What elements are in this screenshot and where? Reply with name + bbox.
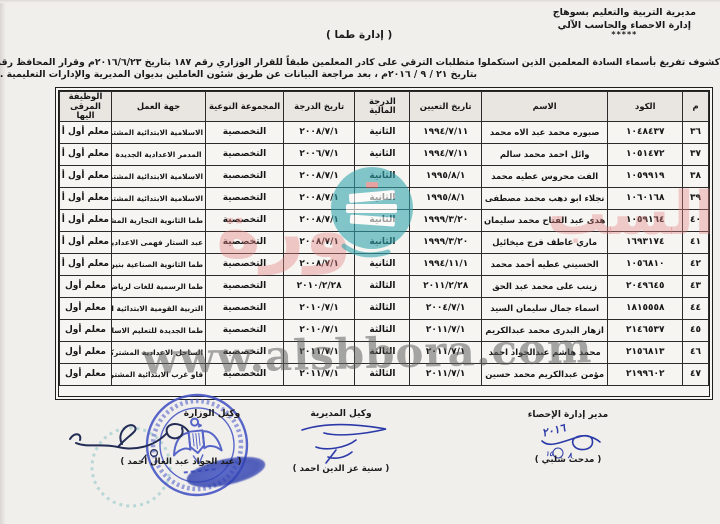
- table-cell: الثانية: [355, 253, 410, 275]
- table-cell: ٢٠٠٨/٧/١: [283, 121, 354, 143]
- table-header-row: مالكودالاسمتاريخ التعيينالدرجة الماليةتا…: [60, 92, 709, 122]
- table-row: ٣٩١٠٦٠١٦٨نجلاء ابو دهب محمد مصطفى١٩٩٥/٨/…: [60, 187, 709, 209]
- table-cell: طما الجديدة للتعليم الاساسي: [111, 319, 205, 341]
- table-cell: ٢٠١١/٧/١: [283, 363, 354, 385]
- table-cell: ١٩٩٤/٧/١١: [410, 143, 481, 165]
- table-cell: ٢٠١١/٢/٢٨: [410, 275, 481, 297]
- table-cell: ٢١٥٦٨١٣: [608, 341, 683, 363]
- scan-edge-shadow-top: [0, 0, 720, 3]
- table-cell: مؤمن عبدالكريم محمد حسين: [481, 363, 608, 385]
- table-cell: ١٩٩٤/٧/١١: [410, 121, 481, 143]
- table-cell: ٢١٤٦٥٣٧: [608, 319, 683, 341]
- table-cell: ١٩٩٤/١١/١: [410, 253, 481, 275]
- signature-name-statistics-director: ( مدحت شلبي ): [498, 455, 638, 465]
- promotion-table: مالكودالاسمتاريخ التعيينالدرجة الماليةتا…: [59, 91, 709, 386]
- table-cell: ٢٠٠٨/٧/١: [283, 253, 354, 275]
- table-cell: معلم أول أ: [60, 143, 112, 165]
- table-cell: ١٠٥١٤٧٢: [608, 143, 683, 165]
- table-cell: ١٠٥٩٩١٩: [608, 165, 683, 187]
- table-cell: ٢٠٠٨/٧/١: [283, 165, 354, 187]
- table-cell: ٢٠٠٦/٧/١: [283, 143, 354, 165]
- table-cell: ٢٠١٠/٧/١: [283, 297, 354, 319]
- table-cell: معلم أول أ: [60, 121, 112, 143]
- table-cell: الاسلامية الابتدائية المشتركة: [111, 165, 205, 187]
- table-cell: ٤٤: [683, 297, 709, 319]
- header-cell: تاريخ الدرجة: [283, 92, 354, 122]
- table-row: ٣٨١٠٥٩٩١٩الفت محروس عطيه محمد١٩٩٥/٨/١الث…: [60, 165, 709, 187]
- org-line1: مديرية التربية والتعليم بسوهاج: [553, 6, 696, 19]
- table-cell: ١٦٩٣١٧٤: [608, 231, 683, 253]
- table-row: ٤٥٢١٤٦٥٣٧ازهار البدرى محمد عبدالكريم٢٠١١…: [60, 319, 709, 341]
- title-text: كشوف تفريغ بأسماء السادة المعلمين الذين …: [0, 57, 720, 68]
- table-cell: ازهار البدرى محمد عبدالكريم: [481, 319, 608, 341]
- table-cell: ٢٠١٠/٧/١: [283, 319, 354, 341]
- table-cell: معلم أول: [60, 297, 112, 319]
- table-cell: ١٠٦٠١٦٨: [608, 187, 683, 209]
- table-cell: ١٠٤٨٤٣٧: [608, 121, 683, 143]
- table-cell: ٢٠١١/٧/١: [283, 341, 354, 363]
- table-cell: ٢٠١١/٧/١: [410, 363, 481, 385]
- header-cell: المجموعة النوعية: [206, 92, 284, 122]
- signature-title: وكيل المديرية: [282, 409, 400, 419]
- table-row: ٣٦١٠٤٨٤٣٧صبوره محمد عبد الاه محمد١٩٩٤/٧/…: [60, 121, 709, 143]
- document-title-line1: كشوف تفريغ بأسماء السادة المعلمين الذين …: [0, 53, 720, 68]
- svg-text:٢٠١٦: ٢٠١٦: [541, 421, 568, 440]
- table-cell: ٢٠١١/٧/١: [410, 341, 481, 363]
- table-cell: التخصصية: [206, 143, 284, 165]
- table-cell: ٣٧: [683, 143, 709, 165]
- table-cell: محمد هاشم عبدالجواد احمد: [481, 341, 608, 363]
- table-row: ٣٧١٠٥١٤٧٢وائل احمد محمد سالم١٩٩٤/٧/١١الث…: [60, 143, 709, 165]
- table-cell: الحسيني عطيه أحمد محمد: [481, 253, 608, 275]
- table-cell: الثانية: [355, 209, 410, 231]
- table-cell: ٢٠٠٤/٧/١: [410, 297, 481, 319]
- table-cell: الساحل الاعدادية المشتركة: [111, 341, 205, 363]
- table-cell: ٤٠: [683, 209, 709, 231]
- table-row: ٤١١٦٩٣١٧٤ماري عاطف فرج ميخائيل١٩٩٩/٣/٢٠ا…: [60, 231, 709, 253]
- table-row: ٤٤١٨١٥٥٥٨اسماء جمال سليمان السيد٢٠٠٤/٧/١…: [60, 297, 709, 319]
- table-cell: معلم أول: [60, 319, 112, 341]
- table-cell: ٢٠١٠/٢/٢٨: [283, 275, 354, 297]
- signature-name-directorate-deputy: ( سنية عز الدين احمد ): [280, 464, 402, 474]
- table-cell: وائل احمد محمد سالم: [481, 143, 608, 165]
- table-cell: قاو غرب الابتدائية المشتركة: [111, 363, 205, 385]
- table-cell: اسماء جمال سليمان السيد: [481, 297, 608, 319]
- table-cell: ٤١: [683, 231, 709, 253]
- table-cell: ١٩٩٩/٣/٢٠: [410, 231, 481, 253]
- table-cell: ١٠٥٩١٦٤: [608, 209, 683, 231]
- table-cell: الثالثة: [355, 319, 410, 341]
- table-cell: الثالثة: [355, 275, 410, 297]
- header-cell: جهة العمل: [111, 92, 205, 122]
- header-cell: الكود: [608, 92, 683, 122]
- table-cell: نجلاء ابو دهب محمد مصطفى: [481, 187, 608, 209]
- table-cell: الثالثة: [355, 297, 410, 319]
- table-cell: التخصصية: [206, 319, 284, 341]
- table-cell: الاسلامية الابتدائية المشتركة: [111, 121, 205, 143]
- org-divider: *****: [553, 33, 696, 38]
- table-cell: التخصصية: [206, 121, 284, 143]
- header-cell: الدرجة المالية: [355, 92, 410, 122]
- table-row: ٤٢١٠٥٦٨١٠الحسيني عطيه أحمد محمد١٩٩٤/١١/١…: [60, 253, 709, 275]
- table-cell: ٢٠٠٨/٧/١: [283, 231, 354, 253]
- table-cell: التخصصية: [206, 275, 284, 297]
- table-cell: ٤٥: [683, 319, 709, 341]
- table-cell: ٣٩: [683, 187, 709, 209]
- table-cell: التربية القومية الابتدائية المشتركة: [111, 297, 205, 319]
- table-cell: التخصصية: [206, 187, 284, 209]
- table-cell: ٤٧: [683, 363, 709, 385]
- table-cell: ٢٠٤٩٦٤٥: [608, 275, 683, 297]
- table-cell: ماري عاطف فرج ميخائيل: [481, 231, 608, 253]
- scanned-document-page: مديرية التربية والتعليم بسوهاج إدارة الا…: [0, 0, 720, 524]
- table-cell: معلم أول أ: [60, 165, 112, 187]
- table-cell: ٤٢: [683, 253, 709, 275]
- header-cell: الاسم: [481, 92, 608, 122]
- table-cell: ٢٠٠٨/٧/١: [283, 209, 354, 231]
- document-title-line2: بتاريخ ٢١ / ٩ / ٢٠١٦م ، بعد مراجعة البيا…: [85, 69, 477, 80]
- table-cell: التخصصية: [206, 297, 284, 319]
- table-cell: ٢٠١١/٧/١: [410, 319, 481, 341]
- table-cell: الفت محروس عطيه محمد: [481, 165, 608, 187]
- table-cell: الاسلامية الابتدائية المشتركة: [111, 187, 205, 209]
- signature-block-statistics-director: مدير إدارة الإحصاء: [498, 410, 638, 420]
- table-cell: معلم أول أ: [60, 231, 112, 253]
- table-cell: ١٩٩٥/٨/١: [410, 187, 481, 209]
- signature-block-directorate-deputy: وكيل المديرية: [282, 409, 400, 419]
- table-cell: طما الرسمية للغات لرياض الاطفال: [111, 275, 205, 297]
- table-cell: معلم أول أ: [60, 209, 112, 231]
- table-cell: ١٨١٥٥٥٨: [608, 297, 683, 319]
- org-header: مديرية التربية والتعليم بسوهاج إدارة الا…: [553, 6, 696, 37]
- promotion-table-frame: مالكودالاسمتاريخ التعيينالدرجة الماليةتا…: [55, 87, 713, 400]
- table-cell: التخصصية: [206, 341, 284, 363]
- header-cell: الوظيفة المرقى اليها: [60, 92, 112, 122]
- header-cell: تاريخ التعيين: [410, 92, 481, 122]
- table-cell: هدى عبد الفتاح محمد سليمان: [481, 209, 608, 231]
- table-cell: ١٩٩٩/٣/٢٠: [410, 209, 481, 231]
- table-cell: ٤٦: [683, 341, 709, 363]
- table-cell: ١٩٩٥/٨/١: [410, 165, 481, 187]
- table-cell: الثانية: [355, 143, 410, 165]
- table-cell: معلم أول أ: [60, 253, 112, 275]
- table-cell: الثالثة: [355, 363, 410, 385]
- table-cell: المدمر الاعدادية الجديدة: [111, 143, 205, 165]
- table-cell: معلم أول: [60, 275, 112, 297]
- table-row: ٤٧٢١٩٩٦٠٢مؤمن عبدالكريم محمد حسين٢٠١١/٧/…: [60, 363, 709, 385]
- table-cell: الثانية: [355, 231, 410, 253]
- table-cell: طما الثانوية التجارية المشتركة: [111, 209, 205, 231]
- table-cell: الثالثة: [355, 341, 410, 363]
- table-cell: ١٠٥٦٨١٠: [608, 253, 683, 275]
- table-cell: ٣٨: [683, 165, 709, 187]
- table-cell: زينب على محمد عبد الحق: [481, 275, 608, 297]
- table-cell: التخصصية: [206, 209, 284, 231]
- table-head: مالكودالاسمتاريخ التعيينالدرجة الماليةتا…: [60, 92, 709, 122]
- table-cell: معلم أول أ: [60, 187, 112, 209]
- signature-name-ministry-deputy: ( عبد الجواد عبد العال أحمد ): [116, 457, 246, 467]
- table-cell: التخصصية: [206, 231, 284, 253]
- header-cell: م: [683, 92, 709, 122]
- table-body: ٣٦١٠٤٨٤٣٧صبوره محمد عبد الاه محمد١٩٩٤/٧/…: [60, 121, 709, 385]
- table-cell: التخصصية: [206, 253, 284, 275]
- table-cell: صبوره محمد عبد الاه محمد: [481, 121, 608, 143]
- table-cell: التخصصية: [206, 165, 284, 187]
- table-cell: الثانية: [355, 121, 410, 143]
- table-cell: معلم أول: [60, 363, 112, 385]
- table-cell: عبد الستار فهمى الاعدادية بنين: [111, 231, 205, 253]
- table-cell: ٣٦: [683, 121, 709, 143]
- table-cell: ٢٠٠٨/٧/١: [283, 187, 354, 209]
- table-cell: التخصصية: [206, 363, 284, 385]
- table-cell: ٤٣: [683, 275, 709, 297]
- table-row: ٤٠١٠٥٩١٦٤هدى عبد الفتاح محمد سليمان١٩٩٩/…: [60, 209, 709, 231]
- department-label: ( إدارة طما ): [326, 29, 392, 41]
- table-cell: معلم أول: [60, 341, 112, 363]
- table-cell: ٢١٩٩٦٠٢: [608, 363, 683, 385]
- signature-title: مدير إدارة الإحصاء: [498, 410, 638, 420]
- table-cell: الثانية: [355, 165, 410, 187]
- table-row: ٤٣٢٠٤٩٦٤٥زينب على محمد عبد الحق٢٠١١/٢/٢٨…: [60, 275, 709, 297]
- signature-scribble-directorate-deputy: [292, 420, 396, 466]
- table-cell: الثانية: [355, 187, 410, 209]
- table-cell: طما الثانوية الصناعية بنين: [111, 253, 205, 275]
- table-row: ٤٦٢١٥٦٨١٣محمد هاشم عبدالجواد احمد٢٠١١/٧/…: [60, 341, 709, 363]
